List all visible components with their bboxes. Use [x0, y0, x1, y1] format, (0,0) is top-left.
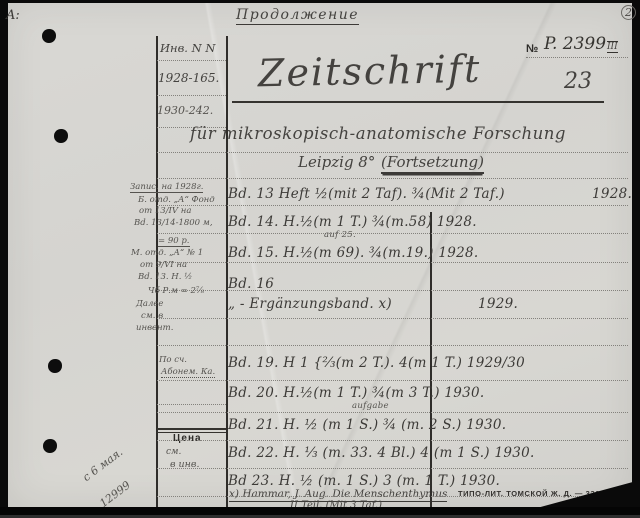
ledger-entry: Bd. 22. H. ⅓ (m. 33. 4 Bl.) 4 (m 1 S.) 1…	[228, 445, 535, 461]
paper-sheet: A: 2 Продолжение № P. 2399 III Инв. N N …	[8, 3, 632, 507]
dotted-rule	[157, 345, 628, 346]
dotted-rule	[157, 432, 226, 433]
ledger-entry: Bd. 19. H 1 {⅔(m 2 T.). 4(m 1 T.) 1929/3…	[228, 355, 525, 371]
journal-title: Zeitschrift	[258, 47, 482, 96]
ledger-entry: Bd. 20. H.½(m 1 T.) ¾(m 3 T.) 1930.aufga…	[228, 385, 485, 401]
punch-hole	[43, 439, 57, 453]
dotted-rule	[157, 428, 226, 430]
diagonal-number-note: 12999	[97, 479, 133, 510]
title-underline	[232, 101, 604, 103]
entry-text: „ - Ergänzungsband. x)	[228, 296, 392, 312]
entry-text: Bd. 15. H.½(m 69). ¾(m.19.) 1928.	[228, 245, 478, 261]
continuation-heading: Продолжение	[236, 7, 359, 25]
dotted-rule	[157, 496, 628, 497]
dotted-rule	[157, 262, 628, 263]
ledger-entry: Bd. 21. H. ½ (m 1 S.) ¾ (m. 2 S.) 1930.	[228, 417, 506, 433]
corner-letter: A:	[6, 8, 20, 23]
margin-note: от 13/IV на	[139, 206, 191, 216]
entry-text: Bd. 21. H. ½ (m 1 S.) ¾ (m. 2 S.) 1930.	[228, 417, 506, 433]
dotted-rule	[157, 404, 226, 405]
dotted-rule	[157, 205, 628, 206]
entry-text: Bd. 16	[228, 276, 274, 292]
dotted-rule	[157, 380, 628, 381]
margin-note: = 90 р.	[158, 236, 190, 247]
ledger-entry: Bd. 13 Heft ½(mit 2 Taf). ¾(Mit 2 Taf.)1…	[228, 186, 505, 202]
inventory-number: 1928-165.	[158, 71, 219, 85]
dotted-rule	[157, 95, 226, 96]
entry-year: 1929.	[478, 296, 518, 312]
entry-text: Bd. 22. H. ⅓ (m. 33. 4 Bl.) 4 (m 1 S.) 1…	[228, 445, 535, 461]
ledger-entry: Bd. 16	[228, 276, 274, 292]
entry-text: Bd. 20. H.½(m 1 T.) ¾(m 3 T.) 1930.	[228, 385, 485, 401]
number-underline	[526, 57, 628, 58]
margin-note: М. отд. „А“ № 1	[131, 248, 203, 258]
ledger-entry: Bd. 14. H.½(m 1 T.) ¾(m.58) 1928.auf 25.	[228, 214, 477, 230]
entry-subnote: auf 25.	[324, 230, 356, 240]
dotted-rule	[157, 412, 628, 413]
margin-note: см. в	[141, 311, 163, 321]
dotted-rule	[157, 127, 226, 128]
corner-page-number: 2	[621, 5, 636, 20]
punch-hole	[42, 29, 56, 43]
journal-subtitle: für mikroskopisch-anatomische Forschung	[190, 124, 566, 143]
margin-note: Bd. 13. Н. ½	[138, 272, 192, 282]
punch-hole	[54, 129, 68, 143]
entry-subnote: aufgabe	[352, 401, 389, 411]
price-label: Цена	[173, 433, 202, 444]
scanned-ledger-page: A: 2 Продолжение № P. 2399 III Инв. N N …	[0, 0, 640, 518]
margin-note: от 9/VI на	[140, 260, 187, 270]
margin-note: Далее	[136, 299, 163, 309]
inventory-number: 1930-242.	[157, 104, 213, 117]
dotted-rule	[157, 440, 628, 441]
entry-text: Bd. 19. H 1 {⅔(m 2 T.). 4(m 1 T.) 1929/3…	[228, 355, 525, 371]
dotted-rule	[157, 233, 628, 234]
registration-number: P. 2399	[544, 34, 606, 54]
fortsetzung-mark: (Fortsetzung)	[381, 153, 484, 174]
punch-hole	[48, 359, 62, 373]
ledger-entry: Bd. 15. H.½(m 69). ¾(m.19.) 1928.	[228, 245, 478, 261]
dotted-rule	[157, 468, 628, 469]
margin-note: Запис. на 1928г.	[130, 182, 203, 193]
dotted-rule	[157, 318, 628, 319]
margin-note: Чб Р.м = 2⅞	[148, 286, 204, 296]
ledger-entry: Bd 23. H. ½ (m. 1 S.) 3 (m. 1 T.) 1930.	[228, 473, 500, 489]
journal-shelf-number: 23	[564, 69, 592, 94]
vertical-rule	[226, 36, 228, 507]
ledger-entry: „ - Ergänzungsband. x)1929.	[228, 296, 392, 312]
dotted-rule	[157, 178, 628, 179]
margin-note: Б. отд. „А“ Фонд	[138, 195, 215, 205]
journal-place: Leipzig 8°	[298, 153, 375, 171]
registration-number-suffix: III	[607, 41, 618, 53]
dotted-rule	[157, 152, 628, 153]
inventory-column-header: Инв. N N	[160, 41, 215, 55]
number-sign: №	[526, 43, 538, 55]
margin-note: По сч.	[159, 355, 187, 365]
price-note: см.	[166, 447, 181, 457]
margin-note: Bd. 13/14-1800 м,	[134, 218, 213, 228]
dotted-rule	[157, 60, 226, 61]
entry-text: Bd. 13 Heft ½(mit 2 Taf). ¾(Mit 2 Taf.)	[228, 186, 505, 202]
margin-note: инвент.	[136, 323, 173, 333]
entry-text: Bd. 14. H.½(m 1 T.) ¾(m.58) 1928.	[228, 214, 477, 230]
margin-note: Абонем. Ка.	[161, 367, 215, 378]
diagonal-date-note: с 6 мая.	[80, 446, 125, 484]
entry-year: 1928.	[592, 186, 632, 202]
entry-text: Bd 23. H. ½ (m. 1 S.) 3 (m. 1 T.) 1930.	[228, 473, 500, 489]
